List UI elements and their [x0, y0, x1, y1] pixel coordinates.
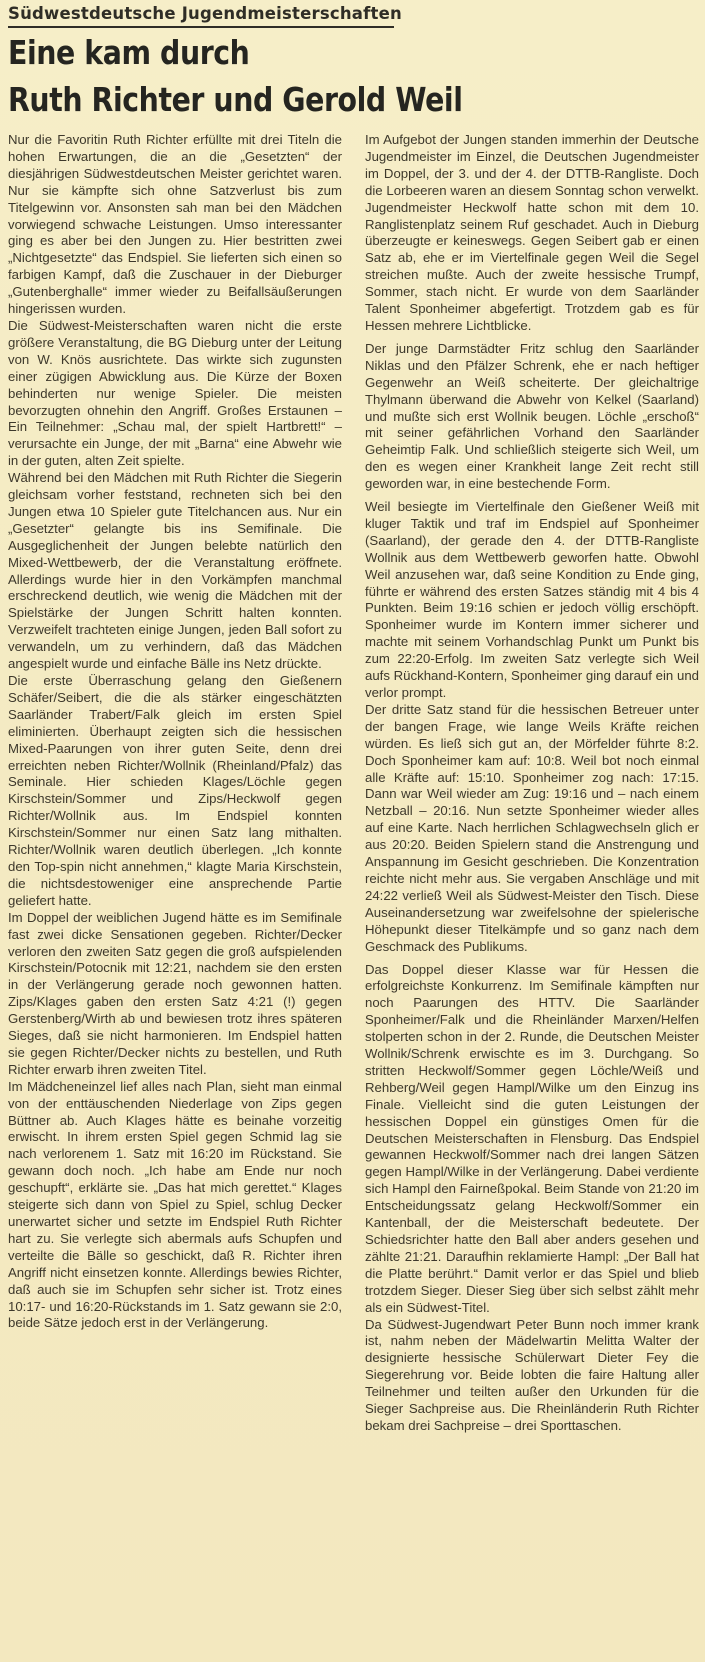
paragraph: Weil besiegte im Viertelfinale den Gieße…	[365, 499, 699, 702]
headline-line-2: Ruth Richter und Gerold Weil	[8, 83, 463, 116]
article-kicker: Südwestdeutsche Jugendmeisterschaften	[8, 4, 394, 28]
paragraph: Im Mädcheneinzel lief alles nach Plan, s…	[8, 1079, 342, 1333]
headline-line-1: Eine kam durch	[8, 36, 249, 69]
paragraph: Die Südwest-Meisterschaften waren nicht …	[8, 318, 342, 470]
left-column: Nur die Favoritin Ruth Richter erfüllte …	[8, 132, 342, 1332]
paragraph: Nur die Favoritin Ruth Richter erfüllte …	[8, 132, 342, 318]
paragraph: Der dritte Satz stand für die hessischen…	[365, 702, 699, 956]
paragraph: Der junge Darmstädter Fritz schlug den S…	[365, 341, 699, 493]
paragraph: Das Doppel dieser Klasse war für Hessen …	[365, 962, 699, 1317]
paragraph: Im Doppel der weiblichen Jugend hätte es…	[8, 910, 342, 1079]
paragraph: Während bei den Mädchen mit Ruth Richter…	[8, 470, 342, 673]
paragraph: Im Aufgebot der Jungen standen immerhin …	[365, 132, 699, 335]
newspaper-clipping: Südwestdeutsche Jugendmeisterschaften Ei…	[0, 0, 705, 1662]
paragraph: Da Südwest-Jugendwart Peter Bunn noch im…	[365, 1317, 699, 1435]
right-column: Im Aufgebot der Jungen standen immerhin …	[365, 132, 699, 1435]
paragraph: Die erste Überraschung gelang den Gießen…	[8, 673, 342, 910]
